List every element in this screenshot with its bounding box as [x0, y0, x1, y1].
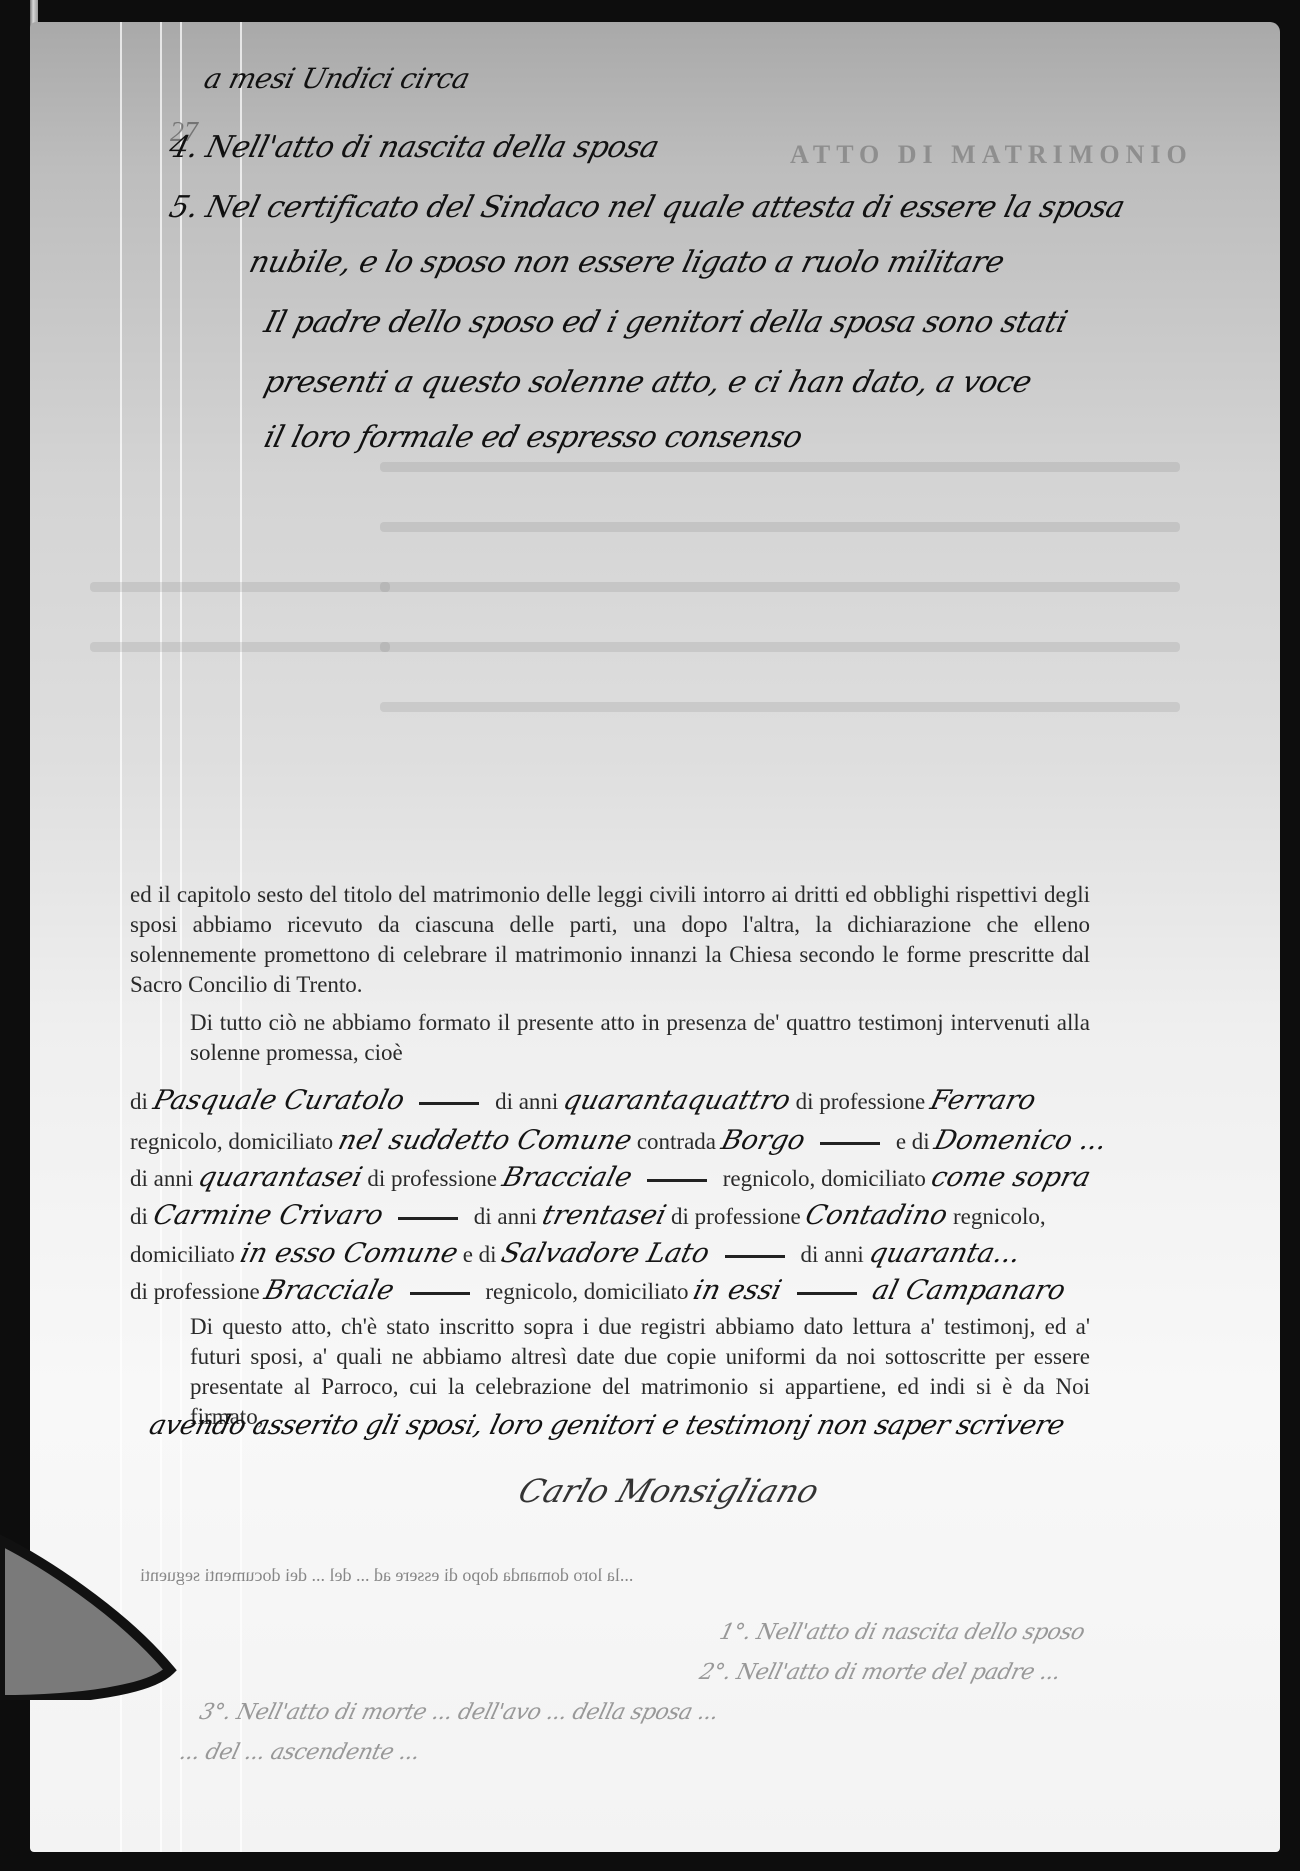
- handwritten-line: a mesi Undici circa: [201, 62, 473, 95]
- bleed-through-note: 3°. Nell'atto di morte ... dell'avo ... …: [197, 1700, 721, 1725]
- witness-name: Carmine Crivaro: [150, 1200, 386, 1231]
- witness-profession: Contadino: [803, 1200, 952, 1231]
- handwritten-line: presenti a questo solenne atto, e ci han…: [261, 365, 1035, 400]
- scan-background: ATTO DI MATRIMONIO 27 a mesi Undici circ…: [0, 0, 1300, 1871]
- ghost-line: [380, 702, 1180, 712]
- dash: [647, 1179, 707, 1182]
- handwritten-line: nubile, e lo sposo non essere ligato a r…: [246, 245, 1008, 280]
- handwritten-line: Il padre dello sposo ed i genitori della…: [261, 305, 1071, 340]
- witness-profession: Ferraro: [927, 1085, 1039, 1116]
- witness-row: di anni quarantasei di professione Bracc…: [130, 1162, 1120, 1193]
- ghost-line: [380, 642, 1180, 652]
- witness-domicile: in essi: [690, 1275, 785, 1306]
- witness-age: quaranta...: [866, 1238, 1024, 1269]
- ghost-line: [380, 522, 1180, 532]
- witness-row: di Pasquale Curatolo di anni quarantaqua…: [130, 1085, 1120, 1116]
- ghost-line: [380, 462, 1180, 472]
- witness-street: al Campanaro: [869, 1275, 1068, 1306]
- ghost-line: [380, 582, 1180, 592]
- witness-name: Salvadore Lato: [498, 1238, 712, 1269]
- witness-row: di professione Bracciale regnicolo, domi…: [130, 1275, 1120, 1306]
- witness-street: Borgo: [718, 1125, 808, 1156]
- bleed-through-note: ... del ... ascendente ...: [177, 1740, 422, 1765]
- printed-paragraph: Di tutto ciò ne abbiamo formato il prese…: [130, 1008, 1090, 1068]
- closing-handwritten: avendo asserito gli sposi, loro genitori…: [146, 1410, 1067, 1441]
- ghost-line: [90, 582, 390, 592]
- dash: [797, 1292, 857, 1295]
- dash: [410, 1292, 470, 1295]
- ghost-header: ATTO DI MATRIMONIO: [790, 140, 1193, 170]
- dash: [419, 1102, 479, 1105]
- witness-profession: Bracciale: [262, 1275, 398, 1306]
- witness-name: Pasquale Curatolo: [150, 1085, 408, 1116]
- ghost-line: [90, 642, 390, 652]
- handwritten-line: 4. Nell'atto di nascita della sposa: [166, 130, 663, 165]
- witness-age: quarantasei: [195, 1162, 365, 1193]
- bleed-through-note: 1°. Nell'atto di nascita dello sposo: [717, 1620, 1087, 1645]
- witness-row: regnicolo, domiciliato nel suddetto Comu…: [130, 1125, 1120, 1156]
- witness-name: Domenico ...: [932, 1125, 1111, 1156]
- witness-domicile: nel suddetto Comune: [335, 1125, 635, 1156]
- witness-domicile: come sopra: [928, 1162, 1094, 1193]
- dash: [725, 1255, 785, 1258]
- witness-profession: Bracciale: [499, 1162, 635, 1193]
- witness-age: quarantaquattro: [560, 1085, 793, 1116]
- dash: [398, 1217, 458, 1220]
- witness-row: di Carmine Crivaro di anni trentasei di …: [130, 1200, 1120, 1231]
- dash: [820, 1142, 880, 1145]
- bleed-through-text: ...la loro domanda dopo di essere ad ...…: [140, 1565, 633, 1586]
- handwritten-line: il loro formale ed espresso consenso: [261, 420, 806, 455]
- thumb-shadow-icon: [0, 1500, 200, 1700]
- bleed-through-note: 2°. Nell'atto di morte del padre ...: [697, 1660, 1063, 1685]
- printed-paragraph: ed il capitolo sesto del titolo del matr…: [130, 880, 1090, 1000]
- witness-row: domiciliato in esso Comune e di Salvador…: [130, 1238, 1120, 1269]
- witness-domicile: in esso Comune: [237, 1238, 461, 1269]
- witness-age: trentasei: [539, 1200, 669, 1231]
- officer-signature: Carlo Monsigliano: [514, 1472, 824, 1510]
- handwritten-line: 5. Nel certificato del Sindaco nel quale…: [166, 190, 1129, 225]
